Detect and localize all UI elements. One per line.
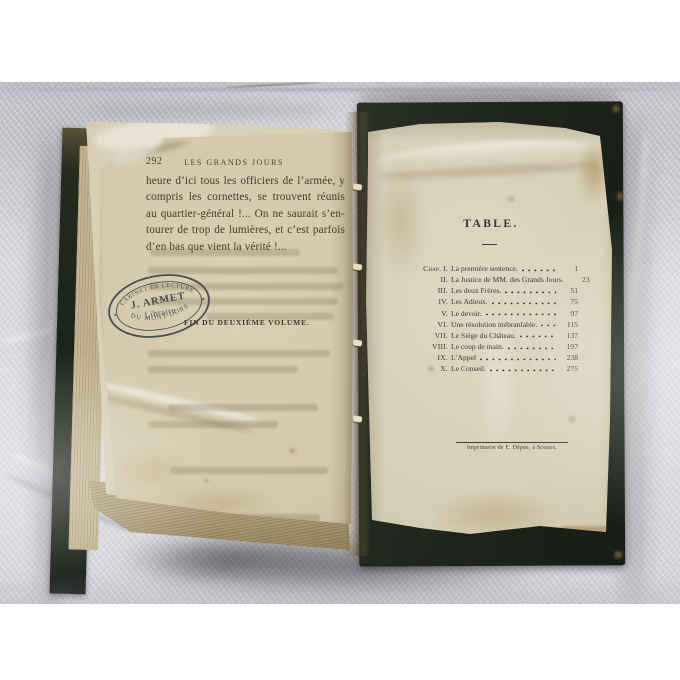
fox-spot <box>204 478 209 483</box>
toc-chapter-title: Le Siége du Château. <box>451 331 516 340</box>
running-title: LES GRANDS JOURS <box>180 158 288 167</box>
toc-chapter-numeral: III. <box>406 286 448 295</box>
toc-page-number: 275 <box>558 364 578 373</box>
right-book-cover <box>357 101 625 566</box>
book-shadow <box>60 518 630 604</box>
toc-entry: VII.Le Siége du Château.137 <box>406 330 578 341</box>
toc-page-number: 1 <box>558 264 578 273</box>
gutter-shadow <box>330 118 356 530</box>
paragraph-line: d’en bas que vient la vérité !... <box>146 239 345 255</box>
book-shadow <box>618 110 648 604</box>
toc-page-number: 238 <box>558 353 578 362</box>
cover-wear-spot <box>610 104 622 113</box>
toc-entry: IV.Les Adieux.75 <box>406 296 578 307</box>
toc-page-number: 51 <box>558 286 578 295</box>
toc-chapter-numeral: II. <box>406 275 448 284</box>
dot-leader <box>508 347 556 350</box>
paragraph-line: heure d’ici tous les officiers de l’armé… <box>146 173 345 189</box>
ghost-text-line <box>148 267 338 274</box>
library-stamp: CABINET DE LECTURE DU MONT-DORE J. ARMET… <box>101 265 217 347</box>
toc-chapter-numeral: IV. <box>406 297 448 306</box>
stamp-outer-border <box>104 267 214 344</box>
toc-chapter-title: Le coup de main. <box>451 342 504 351</box>
torn-edge <box>552 526 616 552</box>
toc-chapter-numeral: X. <box>406 364 448 373</box>
gutter-shadow <box>358 116 384 552</box>
table-of-contents: Chap. I.La première sentence.1 II.La Jus… <box>406 263 578 374</box>
ghost-text-line <box>168 404 318 411</box>
torn-edge <box>362 530 440 552</box>
paper-stain <box>366 136 436 306</box>
book-photo: 292 LES GRANDS JOURS heure d’ici tous le… <box>0 82 680 604</box>
binding-stitch <box>353 415 363 422</box>
dot-leader <box>480 358 556 361</box>
toc-entry: III.Les deux Frères.51 <box>406 285 578 296</box>
right-page: TABLE. Chap. I.La première sentence.1 II… <box>358 116 620 552</box>
page-bottom-edges <box>84 452 354 552</box>
ghost-text-line <box>150 298 338 305</box>
cloth-crease <box>627 132 651 342</box>
fox-spot <box>289 448 296 454</box>
stamp-bottom-arc-text: DU MONT-DORE <box>129 302 192 327</box>
page-number: 292 <box>146 156 163 167</box>
ghost-text-line <box>206 313 334 320</box>
table-title: TABLE. <box>406 218 576 230</box>
paper-crease <box>376 160 601 182</box>
cloth-crease <box>0 88 680 91</box>
paper-stain <box>93 114 215 156</box>
toc-chapter-title: La Justice de MM. des Grands Jours. <box>451 275 564 284</box>
paper-stain <box>124 480 304 526</box>
paper-stain <box>84 178 100 428</box>
ghost-text-line <box>148 366 298 373</box>
toc-entry: Chap. I.La première sentence.1 <box>406 263 578 274</box>
cover-wear-spot <box>611 550 625 559</box>
fox-spot <box>568 416 576 422</box>
ghost-text-line <box>172 514 320 521</box>
paragraph-line: compris les cornettes, se trouvent réuni… <box>146 189 345 205</box>
toc-chapter-title: L’Appel <box>451 353 476 362</box>
fox-spot <box>428 366 434 371</box>
paper-stain <box>98 438 208 504</box>
toc-page-number: 97 <box>558 309 578 318</box>
toc-entry: II.La Justice de MM. des Grands Jours.23 <box>406 274 578 285</box>
toc-chapter-title: Le devoir. <box>451 309 482 318</box>
flyleaf-sheet <box>84 118 356 530</box>
cloth-crease <box>5 472 136 535</box>
ghost-text-line <box>148 283 344 290</box>
toc-chapter-title: Le Conseil. <box>451 364 486 373</box>
stamp-graphic: CABINET DE LECTURE DU MONT-DORE J. ARMET… <box>101 265 217 347</box>
book-shadow <box>34 132 70 604</box>
toc-entry: VI.Une résolution inébranlable.115 <box>406 319 578 330</box>
toc-page-number: 137 <box>558 331 578 340</box>
toc-entry: VIII.Le coup de main.197 <box>406 341 578 352</box>
toc-page-number: 115 <box>558 320 578 329</box>
toc-chapter-numeral: VI. <box>406 320 448 329</box>
stamp-name-text: J. ARMET <box>130 291 186 312</box>
page-curl-shadow <box>94 138 189 166</box>
fin-de-volume-line: FIN DU DEUXIÈME VOLUME. <box>184 318 286 327</box>
paper-crease <box>93 379 262 425</box>
left-book-cover <box>50 128 99 595</box>
stamp-side-dot <box>114 314 116 316</box>
book-shadow <box>356 90 622 104</box>
ghost-text-line <box>154 531 322 538</box>
toc-page-number: 197 <box>558 342 578 351</box>
paper-stain <box>358 116 620 142</box>
toc-entry: IX.L’Appel238 <box>406 352 578 363</box>
toc-chapter-numeral: VII. <box>406 331 448 340</box>
dot-leader <box>505 291 556 294</box>
page-fore-edges <box>68 146 109 551</box>
ghost-text-line <box>150 249 300 256</box>
dot-leader <box>541 324 556 327</box>
left-page: 292 LES GRANDS JOURS heure d’ici tous le… <box>84 118 356 530</box>
paper-stain <box>468 266 528 506</box>
dot-leader <box>520 335 556 338</box>
paper-stain <box>570 124 618 219</box>
stamp-top-arc-text: CABINET DE LECTURE <box>117 277 196 308</box>
dot-leader <box>522 269 556 272</box>
toc-chapter-numeral: IX. <box>406 353 448 362</box>
paragraph-line: tourer de trop de lumières, et c’est par… <box>146 222 345 238</box>
cloth-crease <box>9 450 149 518</box>
body-paragraph: heure d’ici tous les officiers de l’armé… <box>146 173 345 255</box>
title-divider-rule <box>482 244 497 245</box>
paper-crease <box>91 391 256 436</box>
toc-chapter-title: Les deux Frères. <box>451 286 501 295</box>
svg-text:DU MONT-DORE: DU MONT-DORE <box>129 302 192 327</box>
toc-chapter-numeral: Chap. I. <box>406 264 448 273</box>
svg-text:CABINET DE LECTURE: CABINET DE LECTURE <box>117 277 196 308</box>
toc-chapter-title: Une résolution inébranlable. <box>451 320 537 329</box>
paragraph-line: au quartier-général !... On ne saurait s… <box>146 206 345 222</box>
binding-stitch <box>353 263 363 270</box>
cloth-thread <box>225 82 320 88</box>
paper-stain <box>400 480 590 550</box>
cloth-crease <box>0 325 60 345</box>
toc-chapter-numeral: VIII. <box>406 342 448 351</box>
printer-imprint: Imprimerie de E. Dépée, à Sceaux. <box>456 442 568 451</box>
dot-leader <box>486 313 556 316</box>
toc-page-number: 23 <box>570 275 590 284</box>
toc-page-number: 75 <box>558 297 578 306</box>
toc-chapter-title: La première sentence. <box>451 264 518 273</box>
dot-leader <box>492 302 556 305</box>
book-shadow <box>70 522 380 596</box>
toc-entry: V.Le devoir.97 <box>406 308 578 319</box>
book-gutter <box>344 112 370 556</box>
cover-wear-spot <box>616 189 624 203</box>
ghost-text-line <box>148 421 278 428</box>
toc-chapter-title: Les Adieux. <box>451 297 488 306</box>
stamp-side-dot <box>202 298 204 300</box>
stamp-inner-border <box>112 275 205 337</box>
printer-imprint-text: Imprimerie de E. Dépée, à Sceaux. <box>456 443 568 451</box>
toc-chapter-numeral: V. <box>406 309 448 318</box>
toc-entry: X.Le Conseil.275 <box>406 363 578 374</box>
paper-stain <box>602 206 622 516</box>
ghost-text-line <box>170 467 328 474</box>
ghost-text-line <box>148 350 330 357</box>
paper-crease <box>377 136 608 174</box>
book-shadow <box>84 104 334 116</box>
dot-leader <box>490 369 556 372</box>
page-curl-highlight <box>100 127 166 169</box>
binding-stitch <box>353 339 363 346</box>
binding-stitch <box>353 183 363 190</box>
stamp-profession-text: Libraire <box>144 305 177 321</box>
fox-spot <box>508 196 515 202</box>
